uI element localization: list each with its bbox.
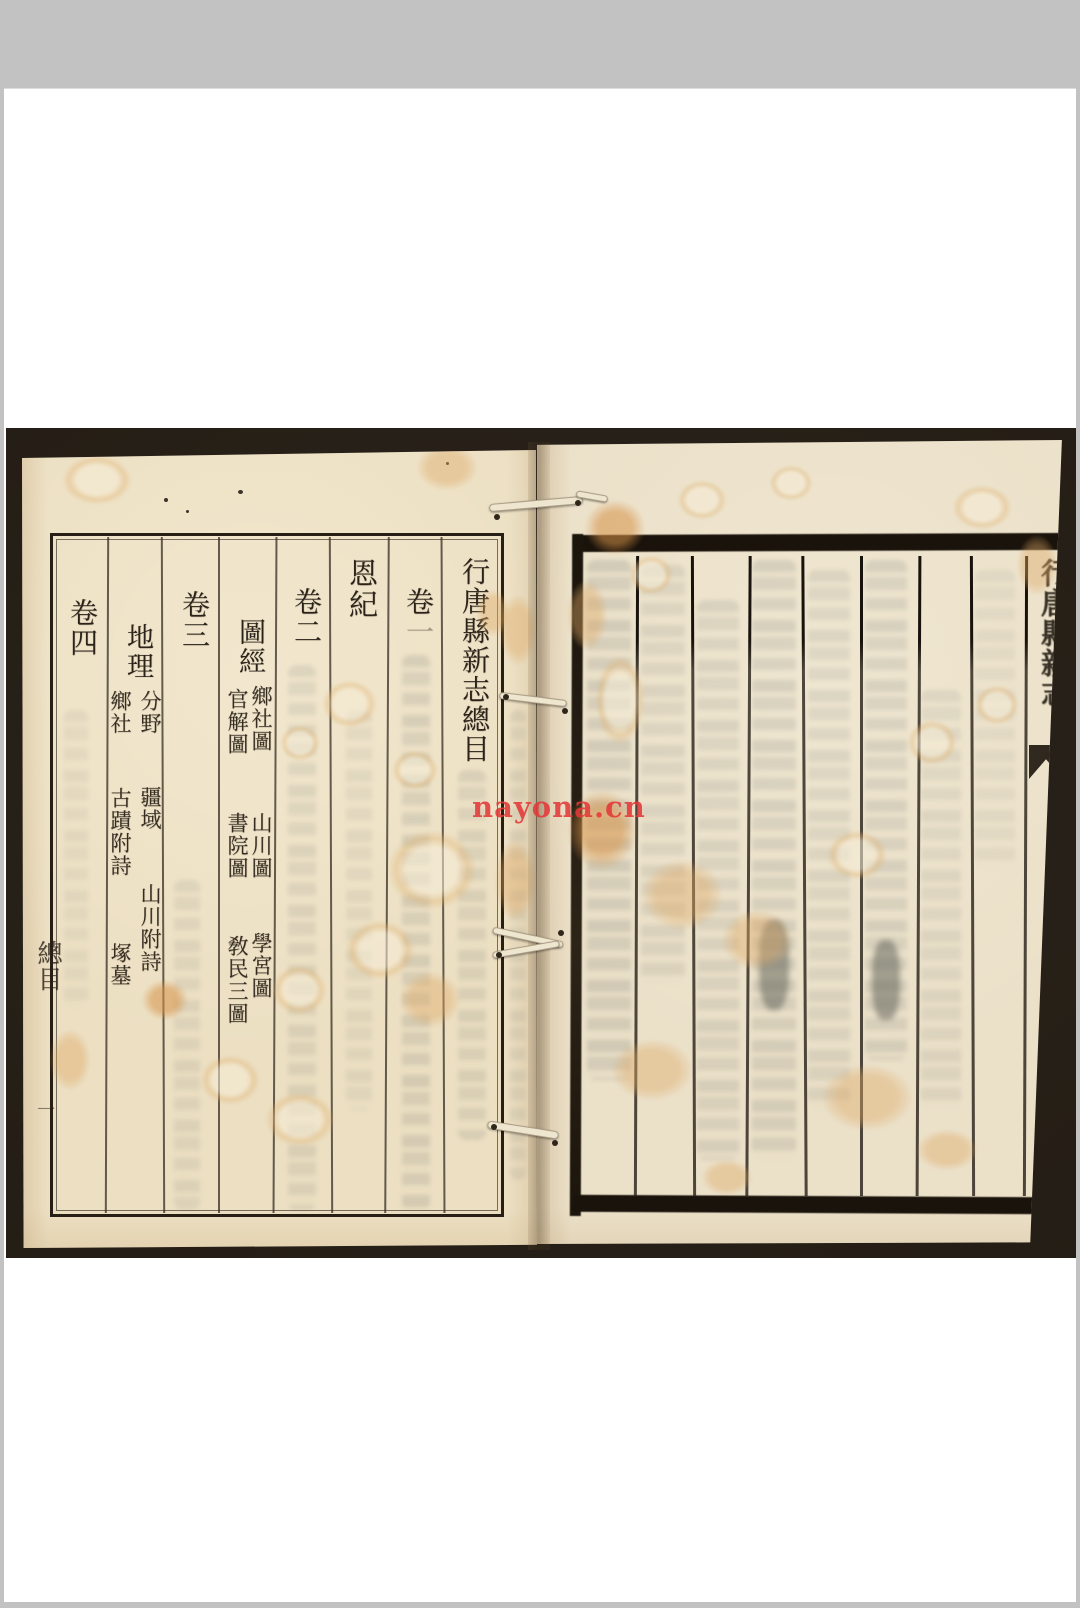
- stain: [200, 1055, 260, 1105]
- column-volume-4: 卷四: [62, 598, 102, 658]
- tujing-item: 書院圖: [222, 812, 252, 880]
- bleed-through-ghost: [346, 710, 372, 1110]
- column-rule: [634, 556, 639, 1196]
- stain: [322, 680, 377, 728]
- stain: [142, 980, 188, 1020]
- stitch-hole: [503, 694, 509, 700]
- column-section-enji: 恩紀: [342, 558, 383, 620]
- stain: [907, 720, 957, 765]
- left-page: 行唐縣新志總目 卷一 恩紀 卷二 圖經 鄉社圖 山川圖 學宮圖 官解圖 書院圖 …: [22, 450, 537, 1248]
- viewer-canvas: 行唐縣新志總目 卷一 恩紀 卷二 圖經 鄉社圖 山川圖 學宮圖 官解圖 書院圖 …: [0, 0, 1080, 1608]
- stain: [345, 920, 415, 980]
- column-volume-3: 卷三: [174, 590, 214, 650]
- stain: [975, 685, 1019, 725]
- stain: [952, 485, 1012, 530]
- watermark: nayona.cn: [472, 790, 646, 824]
- dili-item: 塚墓: [105, 942, 135, 987]
- stain: [280, 725, 320, 761]
- column-rule: [218, 537, 220, 1213]
- bleed-through-ghost: [752, 560, 796, 1160]
- stitch-hole: [496, 952, 502, 958]
- dili-item: 分野: [135, 690, 165, 735]
- stitch-hole: [558, 930, 564, 936]
- stain: [677, 480, 727, 520]
- stain: [585, 500, 645, 555]
- stain: [629, 555, 673, 595]
- stain: [392, 750, 438, 790]
- column-rule: [801, 556, 807, 1196]
- stitch-hole: [562, 708, 568, 714]
- dili-item: 山川附詩: [135, 883, 165, 973]
- ink-speck: [238, 490, 243, 494]
- stain: [595, 655, 645, 745]
- dili-item: 疆域: [135, 786, 165, 831]
- section-tujing-heading: 圖經: [230, 618, 269, 676]
- page-frame-bottom: [573, 1195, 1043, 1214]
- stain: [827, 830, 887, 880]
- stain: [612, 1040, 692, 1100]
- stain: [265, 1092, 335, 1147]
- bleed-through-ghost: [872, 940, 900, 1020]
- stain: [567, 580, 607, 650]
- right-page: 行唐縣新志: [537, 440, 1064, 1244]
- column-rule: [745, 556, 751, 1196]
- stitch-hole: [494, 514, 500, 520]
- spine-section-label: 總目: [30, 940, 66, 992]
- page-frame-top: [573, 533, 1064, 552]
- stain: [1017, 535, 1057, 595]
- stain: [722, 910, 792, 970]
- tujing-item: 官解圖: [222, 688, 252, 756]
- stain: [642, 860, 722, 930]
- column-volume-1: 卷一: [398, 587, 438, 647]
- dili-item: 古蹟附詩: [105, 787, 135, 877]
- dili-item: 鄉社: [105, 690, 135, 735]
- stain: [50, 1030, 90, 1090]
- bleed-through-ghost: [458, 770, 486, 1140]
- ink-speck: [186, 510, 189, 513]
- bleed-through-ghost: [174, 880, 200, 1210]
- bleed-through-ghost: [510, 710, 526, 1180]
- stain: [769, 465, 813, 501]
- tujing-item: 敎民三圖: [222, 935, 252, 1025]
- stitch-hole: [552, 1140, 558, 1146]
- column-contents-title: 行唐縣新志總目: [454, 557, 494, 764]
- stain: [62, 455, 132, 505]
- stain: [917, 1130, 977, 1170]
- stitch-hole: [575, 500, 581, 506]
- stain: [822, 1065, 912, 1130]
- stain: [387, 830, 477, 910]
- bleed-through-ghost: [64, 710, 88, 1010]
- stain: [272, 965, 327, 1015]
- stitch-hole: [491, 1124, 497, 1130]
- section-dili-heading: 地理: [118, 623, 157, 681]
- ink-speck: [164, 498, 168, 502]
- column-rule: [1023, 556, 1028, 1196]
- stain: [417, 445, 477, 490]
- column-volume-2: 卷二: [286, 587, 326, 647]
- stain: [702, 1160, 752, 1195]
- stain: [400, 972, 460, 1027]
- spine-page-number: 一: [31, 1100, 57, 1118]
